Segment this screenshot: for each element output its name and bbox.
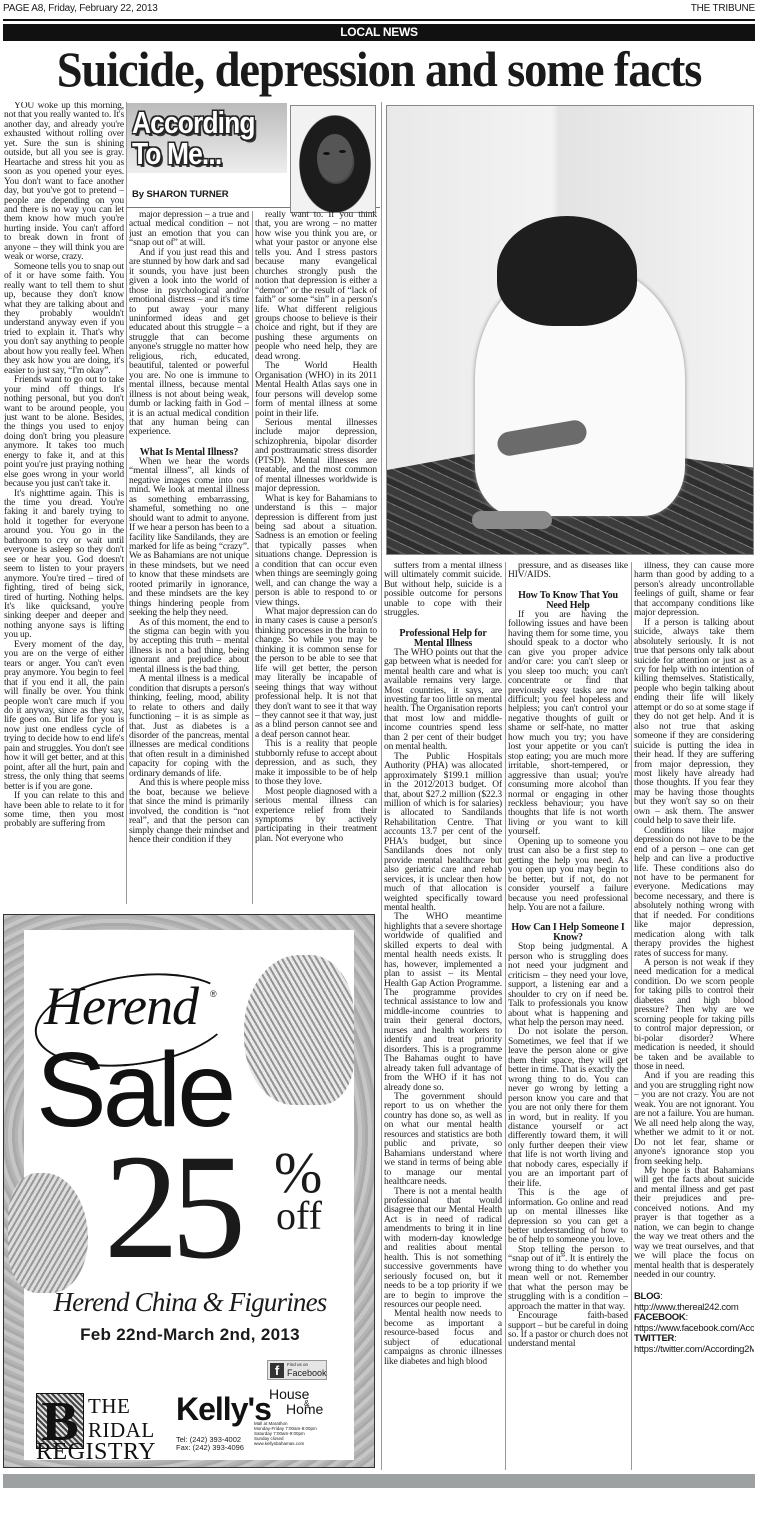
paragraph: Stop being judgmental. A person who is s… xyxy=(508,943,628,1028)
contact-facebook[interactable]: FACEBOOK: https://www.facebook.com/Accor… xyxy=(634,1313,754,1334)
paragraph: Every moment of the day, you are on the … xyxy=(4,641,124,792)
paragraph: A mental illness is a medical condition … xyxy=(129,675,249,779)
herend-sale-advertisement: Herend ® Sale 25 % off Herend China & Fi… xyxy=(3,914,375,1468)
paragraph: What major depression can do in many cas… xyxy=(255,608,377,740)
article-column-6: illness, they can cause more harm than g… xyxy=(634,562,754,1470)
paragraph: There is not a mental health professiona… xyxy=(384,1188,502,1311)
ad-percent-number: 25 xyxy=(104,1137,238,1277)
ad-dates: Feb 22nd-March 2nd, 2013 xyxy=(4,1325,375,1345)
twitter-label: TWITTER xyxy=(634,1333,674,1344)
bridal-line2: RIDAL xyxy=(88,1419,155,1441)
headline: Suicide, depression and some facts xyxy=(27,40,732,98)
paragraph: A person is not weak if they need medica… xyxy=(634,959,754,1072)
paragraph: illness, they can cause more harm than g… xyxy=(634,562,754,619)
folio-rule xyxy=(3,19,755,21)
ad-subtitle: Herend China & Figurines xyxy=(4,1287,375,1318)
subhead-how-can-i-help: How Can I Help Someone I Know? xyxy=(508,923,628,943)
paragraph: If you can relate to this and have been … xyxy=(4,792,124,830)
bridal-line1: THE xyxy=(88,1395,130,1417)
facebook-label: FACEBOOK xyxy=(634,1312,685,1323)
paragraph: Friends want to go out to take your mind… xyxy=(4,376,124,489)
kellys-fax: Fax: (242) 393-4096 xyxy=(176,1444,244,1452)
paragraph: And if you are reading this and you are … xyxy=(634,1072,754,1167)
paragraph: Someone tells you to snap out of it or h… xyxy=(4,263,124,376)
paragraph: And if you just read this and are stunne… xyxy=(129,249,249,438)
column-divider xyxy=(126,102,127,904)
contact-twitter[interactable]: TWITTER: https://twitter.com/According2M… xyxy=(634,1334,754,1355)
paragraph: This is a reality that people stubbornly… xyxy=(255,740,377,787)
column-logo: According To Me... xyxy=(132,107,287,187)
find-us-on-facebook-badge[interactable]: f Find us on Facebook xyxy=(267,1360,327,1380)
column-divider xyxy=(381,102,382,1470)
paragraph: major depression – a true and actual med… xyxy=(129,211,249,249)
ad-brand: Herend xyxy=(44,975,198,1037)
paragraph: YOU woke up this morning, not that you r… xyxy=(4,102,124,263)
paragraph: The World Health Organisation (WHO) in i… xyxy=(255,362,377,419)
paragraph: As of this moment, the end to the stigma… xyxy=(129,619,249,676)
kellys-phone-block: Tel: (242) 393-4002 Fax: (242) 393-4096 xyxy=(176,1436,244,1452)
paragraph: If you are having the following issues a… xyxy=(508,611,628,838)
byline: By SHARON TURNER xyxy=(132,189,229,200)
subhead-professional-help: Professional Help for Mental Illness xyxy=(384,629,502,649)
paragraph: The WHO points out that the gap between … xyxy=(384,649,502,753)
article-column-5: pressure, and as diseases like HIV/AIDS.… xyxy=(508,562,628,1470)
paragraph: If a person is talking about suicide, al… xyxy=(634,619,754,827)
author-contacts: BLOG: http://www.thereal242.com FACEBOOK… xyxy=(634,1292,754,1355)
paragraph: Mental health now needs to become as imp… xyxy=(384,1310,502,1367)
paragraph: really want to. If you think that, you a… xyxy=(255,211,377,362)
paragraph: My hope is that Bahamians will get the f… xyxy=(634,1167,754,1280)
facebook-badge-small-text: Find us on xyxy=(287,1362,308,1367)
paragraph: What is key for Bahamians to understand … xyxy=(255,495,377,608)
column-divider xyxy=(631,562,632,1470)
article-column-2: major depression – a true and actual med… xyxy=(129,211,249,904)
photo-figure-feet xyxy=(472,511,552,529)
paragraph: And this is where people miss the boat, … xyxy=(129,779,249,845)
subhead-how-to-know: How To Know That You Need Help xyxy=(508,591,628,611)
registered-mark: ® xyxy=(210,989,217,999)
paragraph: The WHO meantime highlights that a sever… xyxy=(384,913,502,1093)
column-logo-line1: According xyxy=(132,107,264,138)
paragraph: It's nighttime again. This is the time y… xyxy=(4,490,124,641)
facebook-badge-text: Facebook xyxy=(287,1368,327,1378)
column-divider xyxy=(505,562,506,1470)
footer-band xyxy=(3,1474,755,1488)
column-divider xyxy=(252,211,253,904)
portrait-eye-icon xyxy=(339,150,346,153)
paragraph: Most people diagnosed with a serious men… xyxy=(255,788,377,845)
column-logo-line2: To Me... xyxy=(132,138,264,169)
blog-label: BLOG xyxy=(634,1291,660,1302)
author-portrait xyxy=(290,105,376,213)
section-label: LOCAL NEWS xyxy=(3,24,755,41)
folio-publication: THE TRIBUNE xyxy=(691,3,755,17)
paragraph: suffers from a mental illness will ultim… xyxy=(384,562,502,619)
kellys-hours: Mall at Marathon Monday-Friday 7:00am-8:… xyxy=(254,1421,317,1446)
kellys-website: www.kellysbahamas.com xyxy=(254,1441,317,1446)
column-header: According To Me... By SHARON TURNER xyxy=(127,101,380,208)
page-folio: PAGE A8, Friday, February 22, 2013 THE T… xyxy=(3,3,755,17)
paragraph: Stop telling the person to “snap out of … xyxy=(508,1246,628,1312)
contact-blog[interactable]: BLOG: http://www.thereal242.com xyxy=(634,1292,754,1313)
paragraph: This is the age of information. Go onlin… xyxy=(508,1189,628,1246)
article-column-1: YOU woke up this morning, not that you r… xyxy=(4,102,124,904)
paragraph: Serious mental illnesses include major d… xyxy=(255,419,377,495)
photo-figure-hair xyxy=(497,216,637,326)
article-photo xyxy=(386,105,754,555)
paragraph: The government should report to us on wh… xyxy=(384,1093,502,1188)
paragraph: Opening up to someone you trust can also… xyxy=(508,838,628,914)
paragraph: When we hear the words “mental illness”,… xyxy=(129,458,249,619)
paragraph: pressure, and as diseases like HIV/AIDS. xyxy=(508,562,628,581)
folio-page-date: PAGE A8, Friday, February 22, 2013 xyxy=(3,3,158,17)
facebook-icon: f xyxy=(270,1363,284,1378)
bridal-line3: REGISTRY xyxy=(36,1439,156,1465)
portrait-eye-icon xyxy=(323,152,330,155)
portrait-face xyxy=(317,134,353,182)
ad-off: off xyxy=(276,1196,322,1236)
paragraph: The Public Hospitals Authority (PHA) was… xyxy=(384,753,502,914)
article-column-3: really want to. If you think that, you a… xyxy=(255,211,377,904)
paragraph: Conditions like major depression do not … xyxy=(634,827,754,959)
kellys-home: Home xyxy=(286,1403,323,1416)
article-column-4: suffers from a mental illness will ultim… xyxy=(384,562,502,1470)
paragraph: Encourage faith-based support – but be c… xyxy=(508,1312,628,1350)
paragraph: Do not isolate the person. Sometimes, we… xyxy=(508,1028,628,1189)
